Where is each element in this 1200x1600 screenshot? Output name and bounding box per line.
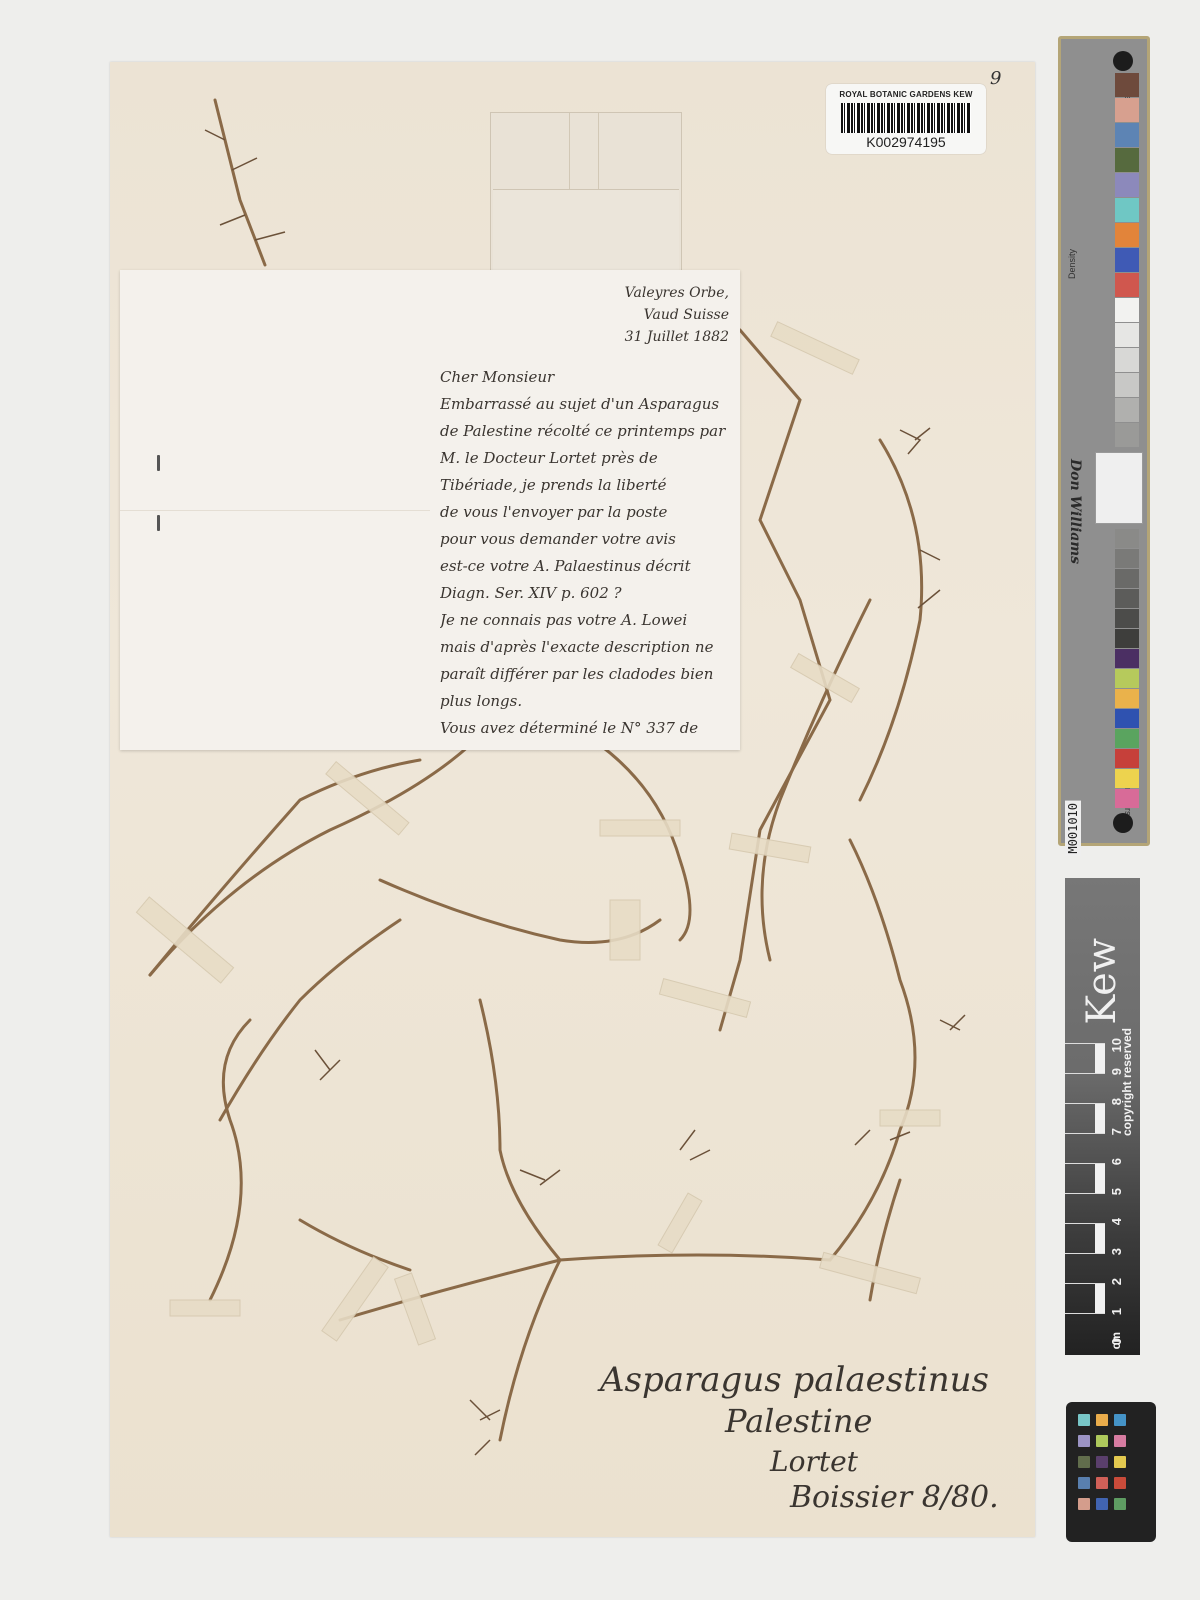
scale-tick xyxy=(1065,1283,1105,1313)
packet-pocket xyxy=(493,189,679,270)
color-swatch xyxy=(1115,398,1139,422)
institution-name: ROYAL BOTANIC GARDENS KEW xyxy=(826,90,986,99)
scale-tick xyxy=(1065,1253,1105,1283)
letter-salutation: Cher Monsieur xyxy=(440,364,735,391)
color-swatch xyxy=(1115,669,1139,688)
scale-tick xyxy=(1065,1133,1105,1163)
collector: Lortet xyxy=(770,1445,858,1478)
checker-swatch xyxy=(1078,1498,1090,1510)
color-swatch xyxy=(1115,589,1139,608)
kew-logo: Kew xyxy=(1079,938,1125,1025)
checker-swatch xyxy=(1096,1435,1108,1447)
color-swatch xyxy=(1115,649,1139,668)
density-label: Density xyxy=(1067,249,1077,279)
color-swatch xyxy=(1115,373,1139,397)
determiner: Boissier 8/80. xyxy=(790,1480,999,1515)
barcode-label: ROYAL BOTANIC GARDENS KEW K002974195 xyxy=(826,84,986,154)
letter-fold xyxy=(120,510,430,511)
scale-label: 1 xyxy=(1109,1308,1124,1315)
checker-swatch xyxy=(1078,1456,1090,1468)
color-swatch xyxy=(1115,729,1139,748)
color-swatch xyxy=(1115,323,1139,347)
checker-swatch xyxy=(1096,1498,1108,1510)
letter-text: Valeyres Orbe, Vaud Suisse 31 Juillet 18… xyxy=(430,270,735,740)
barcode-number: K002974195 xyxy=(826,134,986,150)
scale-label: 7 xyxy=(1109,1128,1124,1135)
color-swatch xyxy=(1115,98,1139,122)
checker-swatch xyxy=(1096,1477,1108,1489)
chart-brand: Don Williams xyxy=(1067,459,1083,564)
checker-swatch xyxy=(1078,1477,1090,1489)
scale-tick xyxy=(1065,1193,1105,1223)
color-swatch xyxy=(1115,148,1139,172)
color-swatch xyxy=(1115,549,1139,568)
scale-tick xyxy=(1065,1313,1105,1343)
chart-id: M001010 xyxy=(1065,801,1081,856)
pin-icon xyxy=(157,455,160,471)
scale-label: 6 xyxy=(1109,1158,1124,1165)
corner-mark: 9 xyxy=(990,68,1001,89)
checker-swatch xyxy=(1096,1414,1108,1426)
registration-dot-icon xyxy=(1113,813,1133,833)
scale-label: 3 xyxy=(1109,1248,1124,1255)
color-swatch xyxy=(1115,223,1139,247)
scale-label: 5 xyxy=(1109,1188,1124,1195)
letter-header: Valeyres Orbe, Vaud Suisse 31 Juillet 18… xyxy=(430,282,735,348)
taxon-name: Asparagus palaestinus xyxy=(600,1360,989,1400)
checker-swatch xyxy=(1096,1456,1108,1468)
color-swatch xyxy=(1115,569,1139,588)
scale-label: 8 xyxy=(1109,1098,1124,1105)
checker-swatch xyxy=(1078,1435,1090,1447)
scale-label: 9 xyxy=(1109,1068,1124,1075)
packet-flap-left xyxy=(491,113,570,191)
color-swatch xyxy=(1115,198,1139,222)
scale-tick xyxy=(1065,1073,1105,1103)
color-swatch xyxy=(1115,298,1139,322)
color-swatch xyxy=(1115,529,1139,548)
scale-label: 2 xyxy=(1109,1278,1124,1285)
color-swatch xyxy=(1115,423,1139,447)
color-swatch xyxy=(1115,749,1139,768)
checker-swatch xyxy=(1114,1414,1126,1426)
color-swatch xyxy=(1115,273,1139,297)
color-swatch xyxy=(1115,629,1139,648)
scale-tick xyxy=(1065,1163,1105,1193)
scale-label: 10 xyxy=(1109,1038,1124,1052)
pin-icon xyxy=(157,515,160,531)
color-swatch xyxy=(1115,689,1139,708)
resolution-target xyxy=(1095,452,1143,524)
kew-scale-bar: Kew copyright reserved cm 109876543210 xyxy=(1065,878,1140,1355)
determination-label: Asparagus palaestinus Palestine Lortet B… xyxy=(600,1360,1020,1520)
checker-swatch xyxy=(1114,1435,1126,1447)
color-swatch xyxy=(1115,709,1139,728)
checker-swatch xyxy=(1078,1414,1090,1426)
locality: Palestine xyxy=(725,1402,872,1440)
registration-dot-icon xyxy=(1113,51,1133,71)
color-swatch xyxy=(1115,348,1139,372)
color-swatch xyxy=(1115,248,1139,272)
scale-label: 4 xyxy=(1109,1218,1124,1225)
color-checker-card xyxy=(1066,1402,1156,1542)
color-swatch xyxy=(1115,173,1139,197)
fragment-packet xyxy=(490,112,682,272)
scale-tick xyxy=(1065,1043,1105,1073)
checker-swatch xyxy=(1114,1456,1126,1468)
scale-tick xyxy=(1065,1223,1105,1253)
checker-swatch xyxy=(1114,1498,1126,1510)
color-swatch xyxy=(1115,609,1139,628)
color-swatch xyxy=(1115,123,1139,147)
letter-body: Cher Monsieur Embarrassé au sujet d'un A… xyxy=(430,364,735,742)
color-swatch xyxy=(1115,73,1139,97)
color-swatch xyxy=(1115,789,1139,808)
scale-ticks xyxy=(1065,1043,1105,1348)
color-swatch xyxy=(1115,769,1139,788)
scale-tick xyxy=(1065,1103,1105,1133)
color-chart: inches Density Don Williams M001010 cent… xyxy=(1058,36,1150,846)
packet-flap-right xyxy=(598,113,681,191)
checker-swatch xyxy=(1114,1477,1126,1489)
scale-label: 0 xyxy=(1109,1338,1124,1345)
correspondence-letter: Valeyres Orbe, Vaud Suisse 31 Juillet 18… xyxy=(120,270,740,750)
barcode-icon xyxy=(841,103,971,133)
